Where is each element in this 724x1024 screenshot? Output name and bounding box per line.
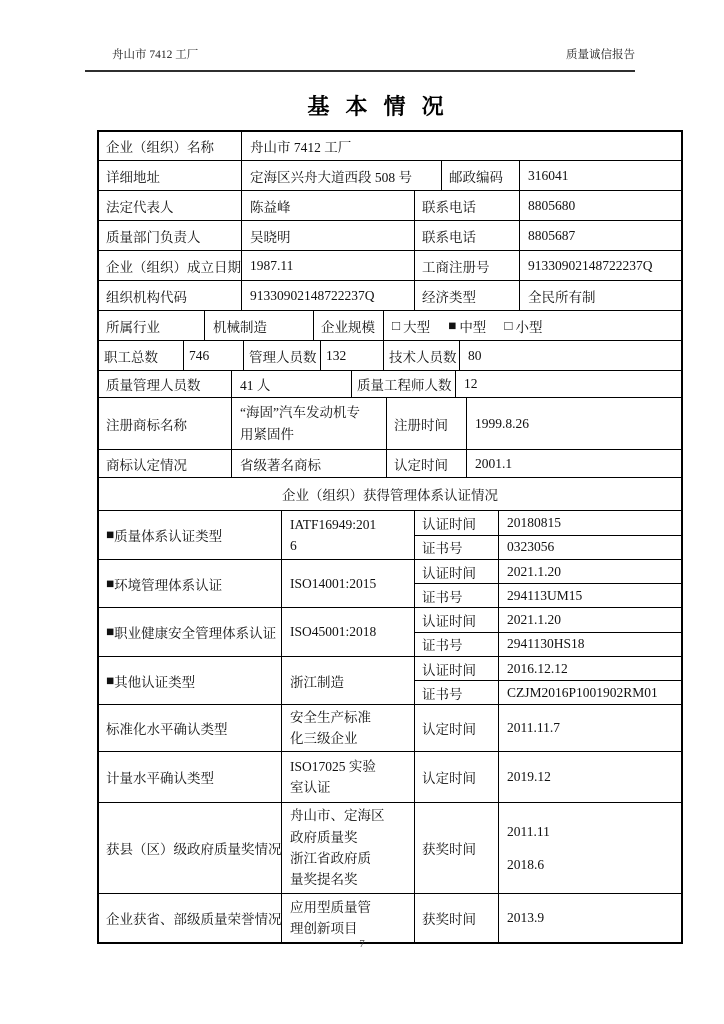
- label-cert-ohs-time: 认证时间: [415, 608, 499, 632]
- scale-option-medium: ■ 中型: [448, 316, 486, 336]
- cert-environment-detail: 认证时间 2021.1.20 证书号 294113UM15: [415, 560, 681, 607]
- value-standardization-time: 2011.11.7: [499, 705, 681, 751]
- row-metrology: 计量水平确认类型 ISO17025 实验 室认证 认定时间 2019.12: [99, 752, 681, 803]
- value-trademark: “海固”汽车发动机专 用紧固件: [232, 398, 387, 449]
- label-business-reg-no: 工商注册号: [415, 251, 520, 280]
- label-cert-ohs: ■职业健康安全管理体系认证: [99, 608, 282, 656]
- row-quality-staff: 质量管理人员数 41 人 质量工程师人数 12: [99, 371, 681, 398]
- scale-option-small-label: 小型: [515, 316, 542, 336]
- cert-section-title: 企业（组织）获得管理体系认证情况: [99, 478, 681, 510]
- value-cert-environment-standard: ISO14001:2015: [282, 560, 415, 607]
- label-trademark-status-time: 认定时间: [387, 450, 467, 477]
- row-founding-date: 企业（组织）成立日期 1987.11 工商注册号 913309021487222…: [99, 251, 681, 281]
- value-technical-staff: 80: [460, 341, 681, 370]
- scale-option-medium-label: 中型: [459, 316, 486, 336]
- value-cert-other-time: 2016.12.12: [499, 657, 681, 680]
- row-staff-counts: 职工总数 746 管理人员数 132 技术人员数 80: [99, 341, 681, 371]
- filled-square-icon: ■: [106, 527, 114, 543]
- cert-quality-detail: 认证时间 20180815 证书号 0323056: [415, 511, 681, 559]
- row-company-name: 企业（组织）名称 舟山市 7412 工厂: [99, 132, 681, 161]
- value-quality-engineers: 12: [456, 371, 681, 397]
- label-trademark-reg-time: 注册时间: [387, 398, 467, 449]
- filled-square-icon: ■: [106, 624, 114, 640]
- value-provincial-honors-time: 2013.9: [499, 894, 681, 942]
- value-company-name: 舟山市 7412 工厂: [242, 132, 681, 160]
- value-trademark-status: 省级著名商标: [232, 450, 387, 477]
- checkbox-unchecked-icon: □: [392, 318, 400, 334]
- value-metrology-time: 2019.12: [499, 752, 681, 802]
- value-cert-quality-standard: IATF16949:201 6: [282, 511, 415, 559]
- value-cert-other-standard: 浙江制造: [282, 657, 415, 704]
- value-standardization: 安全生产标准 化三级企业: [282, 705, 415, 751]
- checkbox-checked-icon: ■: [448, 318, 456, 334]
- cert-other-time-row: 认证时间 2016.12.12: [415, 657, 681, 681]
- value-cert-other-no: CZJM2016P1001902RM01: [499, 681, 681, 704]
- label-phone-2: 联系电话: [415, 221, 520, 250]
- label-management-staff: 管理人员数: [244, 341, 321, 370]
- label-cert-other-time: 认证时间: [415, 657, 499, 680]
- scale-options: □ 大型 ■ 中型 □ 小型: [392, 316, 542, 336]
- document-page: 舟山市 7412 工厂 质量诚信报告 基 本 情 况 企业（组织）名称 舟山市 …: [0, 0, 724, 1024]
- value-provincial-honors: 应用型质量管 理创新项目: [282, 894, 415, 942]
- label-cert-environment-text: 环境管理体系认证: [114, 574, 222, 594]
- value-cert-quality-no: 0323056: [499, 536, 681, 560]
- label-quality-staff: 质量管理人员数: [99, 371, 232, 397]
- label-standardization: 标准化水平确认类型: [99, 705, 282, 751]
- row-cert-other: ■其他认证类型 浙江制造 认证时间 2016.12.12 证书号 CZJM201…: [99, 657, 681, 705]
- scale-option-large: □ 大型: [392, 316, 430, 336]
- cert-quality-time-row: 认证时间 20180815: [415, 511, 681, 536]
- label-county-awards-time: 获奖时间: [415, 803, 499, 893]
- label-cert-quality: ■质量体系认证类型: [99, 511, 282, 559]
- header-divider: [85, 70, 635, 72]
- value-total-staff: 746: [184, 341, 244, 370]
- label-postal-code: 邮政编码: [442, 161, 520, 190]
- label-provincial-honors: 企业获省、部级质量荣誉情况: [99, 894, 282, 942]
- cert-environment-time-row: 认证时间 2021.1.20: [415, 560, 681, 584]
- value-quality-staff: 41 人: [232, 371, 352, 397]
- label-industry: 所属行业: [99, 311, 205, 340]
- value-trademark-reg-time: 1999.8.26: [467, 398, 681, 449]
- label-metrology-time: 认定时间: [415, 752, 499, 802]
- cert-other-no-row: 证书号 CZJM2016P1001902RM01: [415, 681, 681, 704]
- row-county-awards: 获县（区）级政府质量奖情况 舟山市、定海区 政府质量奖 浙江省政府质 量奖提名奖…: [99, 803, 681, 894]
- row-cert-quality: ■质量体系认证类型 IATF16949:201 6 认证时间 20180815 …: [99, 511, 681, 560]
- value-postal-code: 316041: [520, 161, 681, 190]
- scale-option-small: □ 小型: [504, 316, 542, 336]
- value-economic-type: 全民所有制: [520, 281, 681, 310]
- value-industry: 机械制造: [205, 311, 314, 340]
- cert-quality-no-row: 证书号 0323056: [415, 536, 681, 560]
- value-phone-2: 8805687: [520, 221, 681, 250]
- row-trademark: 注册商标名称 “海固”汽车发动机专 用紧固件 注册时间 1999.8.26: [99, 398, 681, 450]
- value-county-awards-time: 2011.11 2018.6: [499, 803, 681, 893]
- label-founding-date: 企业（组织）成立日期: [99, 251, 242, 280]
- value-org-code: 91330902148722237Q: [242, 281, 415, 310]
- label-total-staff: 职工总数: [99, 341, 184, 370]
- label-quality-engineers: 质量工程师人数: [352, 371, 456, 397]
- value-quality-manager: 吴晓明: [242, 221, 415, 250]
- label-provincial-honors-time: 获奖时间: [415, 894, 499, 942]
- filled-square-icon: ■: [106, 673, 114, 689]
- header-report-title: 质量诚信报告: [566, 46, 635, 62]
- label-trademark: 注册商标名称: [99, 398, 232, 449]
- cert-ohs-no-row: 证书号 2941130HS18: [415, 633, 681, 657]
- value-cert-environment-no: 294113UM15: [499, 584, 681, 607]
- row-cert-ohs: ■职业健康安全管理体系认证 ISO45001:2018 认证时间 2021.1.…: [99, 608, 681, 657]
- label-cert-other: ■其他认证类型: [99, 657, 282, 704]
- row-address: 详细地址 定海区兴舟大道西段 508 号 邮政编码 316041: [99, 161, 681, 191]
- value-phone-1: 8805680: [520, 191, 681, 220]
- value-enterprise-scale: □ 大型 ■ 中型 □ 小型: [384, 311, 681, 340]
- filled-square-icon: ■: [106, 576, 114, 592]
- label-cert-environment: ■环境管理体系认证: [99, 560, 282, 607]
- row-provincial-honors: 企业获省、部级质量荣誉情况 应用型质量管 理创新项目 获奖时间 2013.9: [99, 894, 681, 942]
- label-cert-quality-no: 证书号: [415, 536, 499, 560]
- label-cert-quality-time: 认证时间: [415, 511, 499, 535]
- scale-option-large-label: 大型: [403, 316, 430, 336]
- row-trademark-status: 商标认定情况 省级著名商标 认定时间 2001.1: [99, 450, 681, 478]
- label-cert-ohs-no: 证书号: [415, 633, 499, 657]
- label-metrology: 计量水平确认类型: [99, 752, 282, 802]
- value-trademark-status-time: 2001.1: [467, 450, 681, 477]
- cert-ohs-time-row: 认证时间 2021.1.20: [415, 608, 681, 633]
- label-cert-other-no: 证书号: [415, 681, 499, 704]
- cert-other-detail: 认证时间 2016.12.12 证书号 CZJM2016P1001902RM01: [415, 657, 681, 704]
- label-cert-ohs-text: 职业健康安全管理体系认证: [114, 622, 276, 642]
- label-org-code: 组织机构代码: [99, 281, 242, 310]
- basic-info-table: 企业（组织）名称 舟山市 7412 工厂 详细地址 定海区兴舟大道西段 508 …: [97, 130, 683, 944]
- row-cert-section-title: 企业（组织）获得管理体系认证情况: [99, 478, 681, 511]
- value-address: 定海区兴舟大道西段 508 号: [242, 161, 442, 190]
- row-standardization: 标准化水平确认类型 安全生产标准 化三级企业 认定时间 2011.11.7: [99, 705, 681, 752]
- label-cert-environment-no: 证书号: [415, 584, 499, 607]
- label-cert-other-text: 其他认证类型: [114, 671, 195, 691]
- checkbox-unchecked-icon: □: [504, 318, 512, 334]
- label-legal-rep: 法定代表人: [99, 191, 242, 220]
- value-business-reg-no: 91330902148722237Q: [520, 251, 681, 280]
- value-cert-ohs-standard: ISO45001:2018: [282, 608, 415, 656]
- value-cert-quality-time: 20180815: [499, 511, 681, 535]
- label-quality-manager: 质量部门负责人: [99, 221, 242, 250]
- row-industry: 所属行业 机械制造 企业规模 □ 大型 ■ 中型 □ 小型: [99, 311, 681, 341]
- value-cert-environment-time: 2021.1.20: [499, 560, 681, 583]
- row-quality-manager: 质量部门负责人 吴晓明 联系电话 8805687: [99, 221, 681, 251]
- label-technical-staff: 技术人员数: [384, 341, 460, 370]
- page-header: 舟山市 7412 工厂 质量诚信报告: [85, 46, 635, 62]
- row-legal-rep: 法定代表人 陈益峰 联系电话 8805680: [99, 191, 681, 221]
- value-cert-ohs-no: 2941130HS18: [499, 633, 681, 657]
- label-cert-environment-time: 认证时间: [415, 560, 499, 583]
- label-standardization-time: 认定时间: [415, 705, 499, 751]
- label-economic-type: 经济类型: [415, 281, 520, 310]
- page-number: 7: [0, 938, 724, 950]
- value-founding-date: 1987.11: [242, 251, 415, 280]
- label-enterprise-scale: 企业规模: [314, 311, 384, 340]
- label-address: 详细地址: [99, 161, 242, 190]
- label-company-name: 企业（组织）名称: [99, 132, 242, 160]
- label-phone-1: 联系电话: [415, 191, 520, 220]
- cert-environment-no-row: 证书号 294113UM15: [415, 584, 681, 607]
- label-cert-quality-text: 质量体系认证类型: [114, 525, 222, 545]
- value-management-staff: 132: [321, 341, 384, 370]
- header-company-name: 舟山市 7412 工厂: [112, 46, 198, 62]
- value-cert-ohs-time: 2021.1.20: [499, 608, 681, 632]
- value-metrology: ISO17025 实验 室认证: [282, 752, 415, 802]
- row-cert-environment: ■环境管理体系认证 ISO14001:2015 认证时间 2021.1.20 证…: [99, 560, 681, 608]
- label-county-awards: 获县（区）级政府质量奖情况: [99, 803, 282, 893]
- value-legal-rep: 陈益峰: [242, 191, 415, 220]
- page-title: 基 本 情 况: [85, 90, 671, 121]
- row-org-code: 组织机构代码 91330902148722237Q 经济类型 全民所有制: [99, 281, 681, 311]
- label-trademark-status: 商标认定情况: [99, 450, 232, 477]
- cert-ohs-detail: 认证时间 2021.1.20 证书号 2941130HS18: [415, 608, 681, 656]
- value-county-awards: 舟山市、定海区 政府质量奖 浙江省政府质 量奖提名奖: [282, 803, 415, 893]
